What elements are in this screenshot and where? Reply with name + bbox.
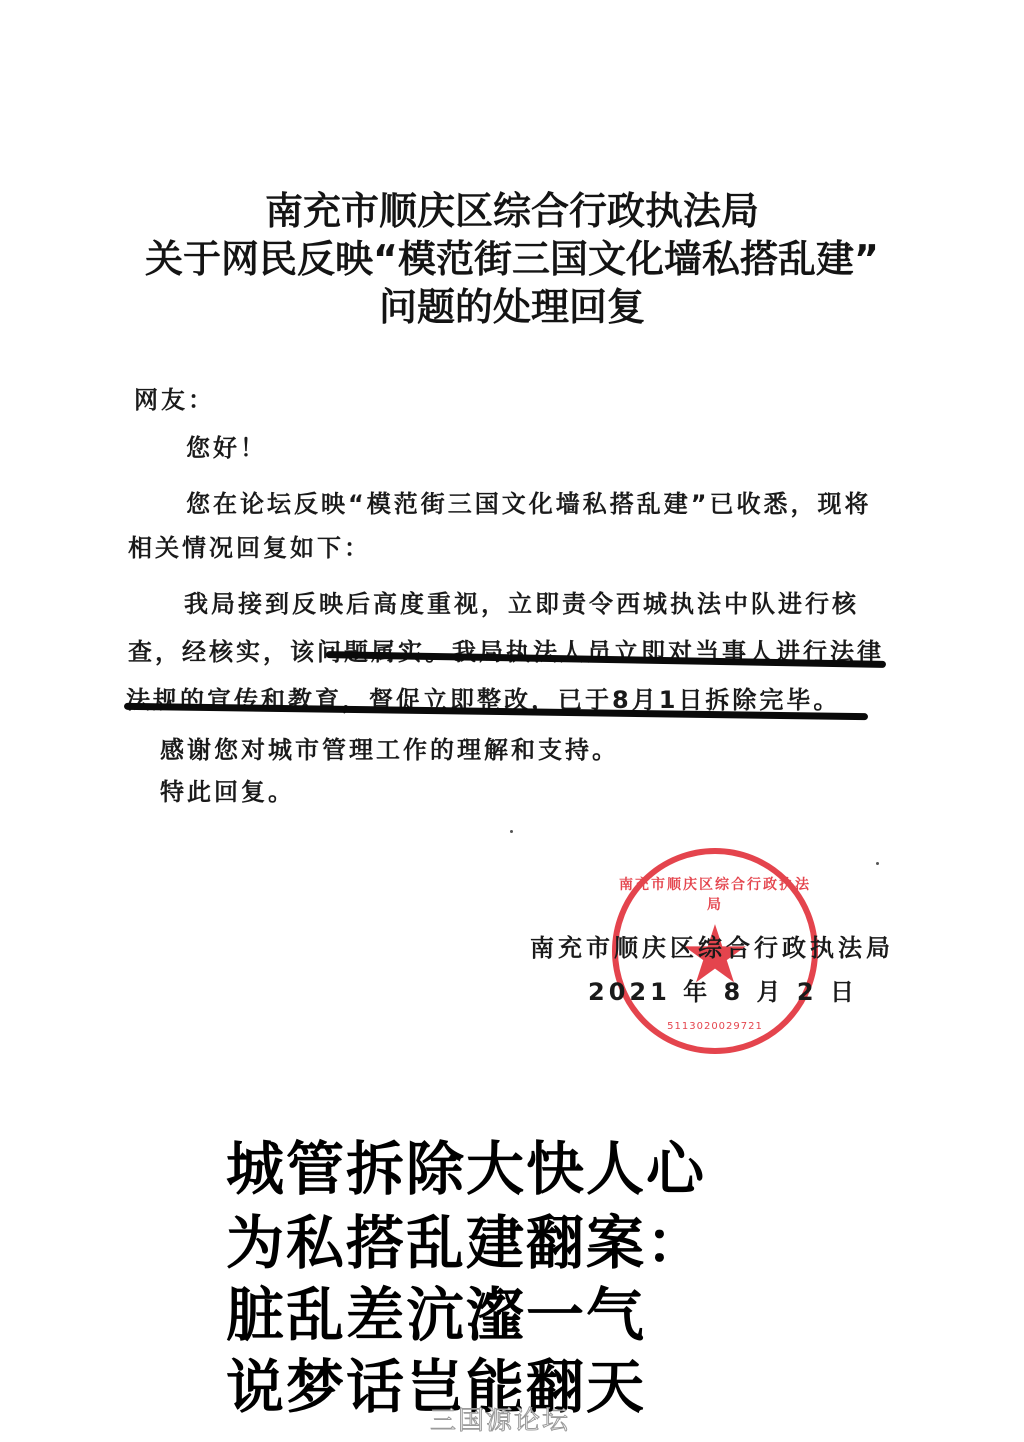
body-line-7: 特此回复。 bbox=[160, 772, 295, 807]
document-title-line-3: 问题的处理回复 bbox=[0, 276, 1024, 331]
body-line-4: 查，经核实，该问题属实。 bbox=[128, 632, 452, 667]
caption-line-1: 城管拆除大快人心 bbox=[226, 1122, 706, 1206]
signature-organization: 南充市顺庆区综合行政执法局 bbox=[530, 928, 894, 963]
document-title-line-1: 南充市顺庆区综合行政执法局 bbox=[0, 180, 1024, 235]
body-line-6: 感谢您对城市管理工作的理解和支持。 bbox=[160, 730, 619, 765]
stamp-code: 5113020029721 bbox=[618, 1021, 812, 1032]
document-title-line-2: 关于网民反映“模范街三国文化墙私搭乱建” bbox=[0, 228, 1024, 283]
forum-watermark: 三国源论坛 bbox=[430, 1400, 570, 1437]
salutation: 网友： bbox=[134, 380, 215, 415]
body-line-1: 您在论坛反映“模范街三国文化墙私搭乱建”已收悉，现将 bbox=[186, 484, 872, 519]
greeting: 您好！ bbox=[186, 428, 267, 463]
scan-speck bbox=[510, 830, 513, 833]
body-line-2: 相关情况回复如下： bbox=[128, 528, 371, 563]
signature-date: 2021 年 8 月 2 日 bbox=[588, 972, 858, 1007]
scan-speck bbox=[876, 862, 879, 865]
body-line-3: 我局接到反映后高度重视，立即责令西城执法中队进行核 bbox=[184, 584, 859, 619]
